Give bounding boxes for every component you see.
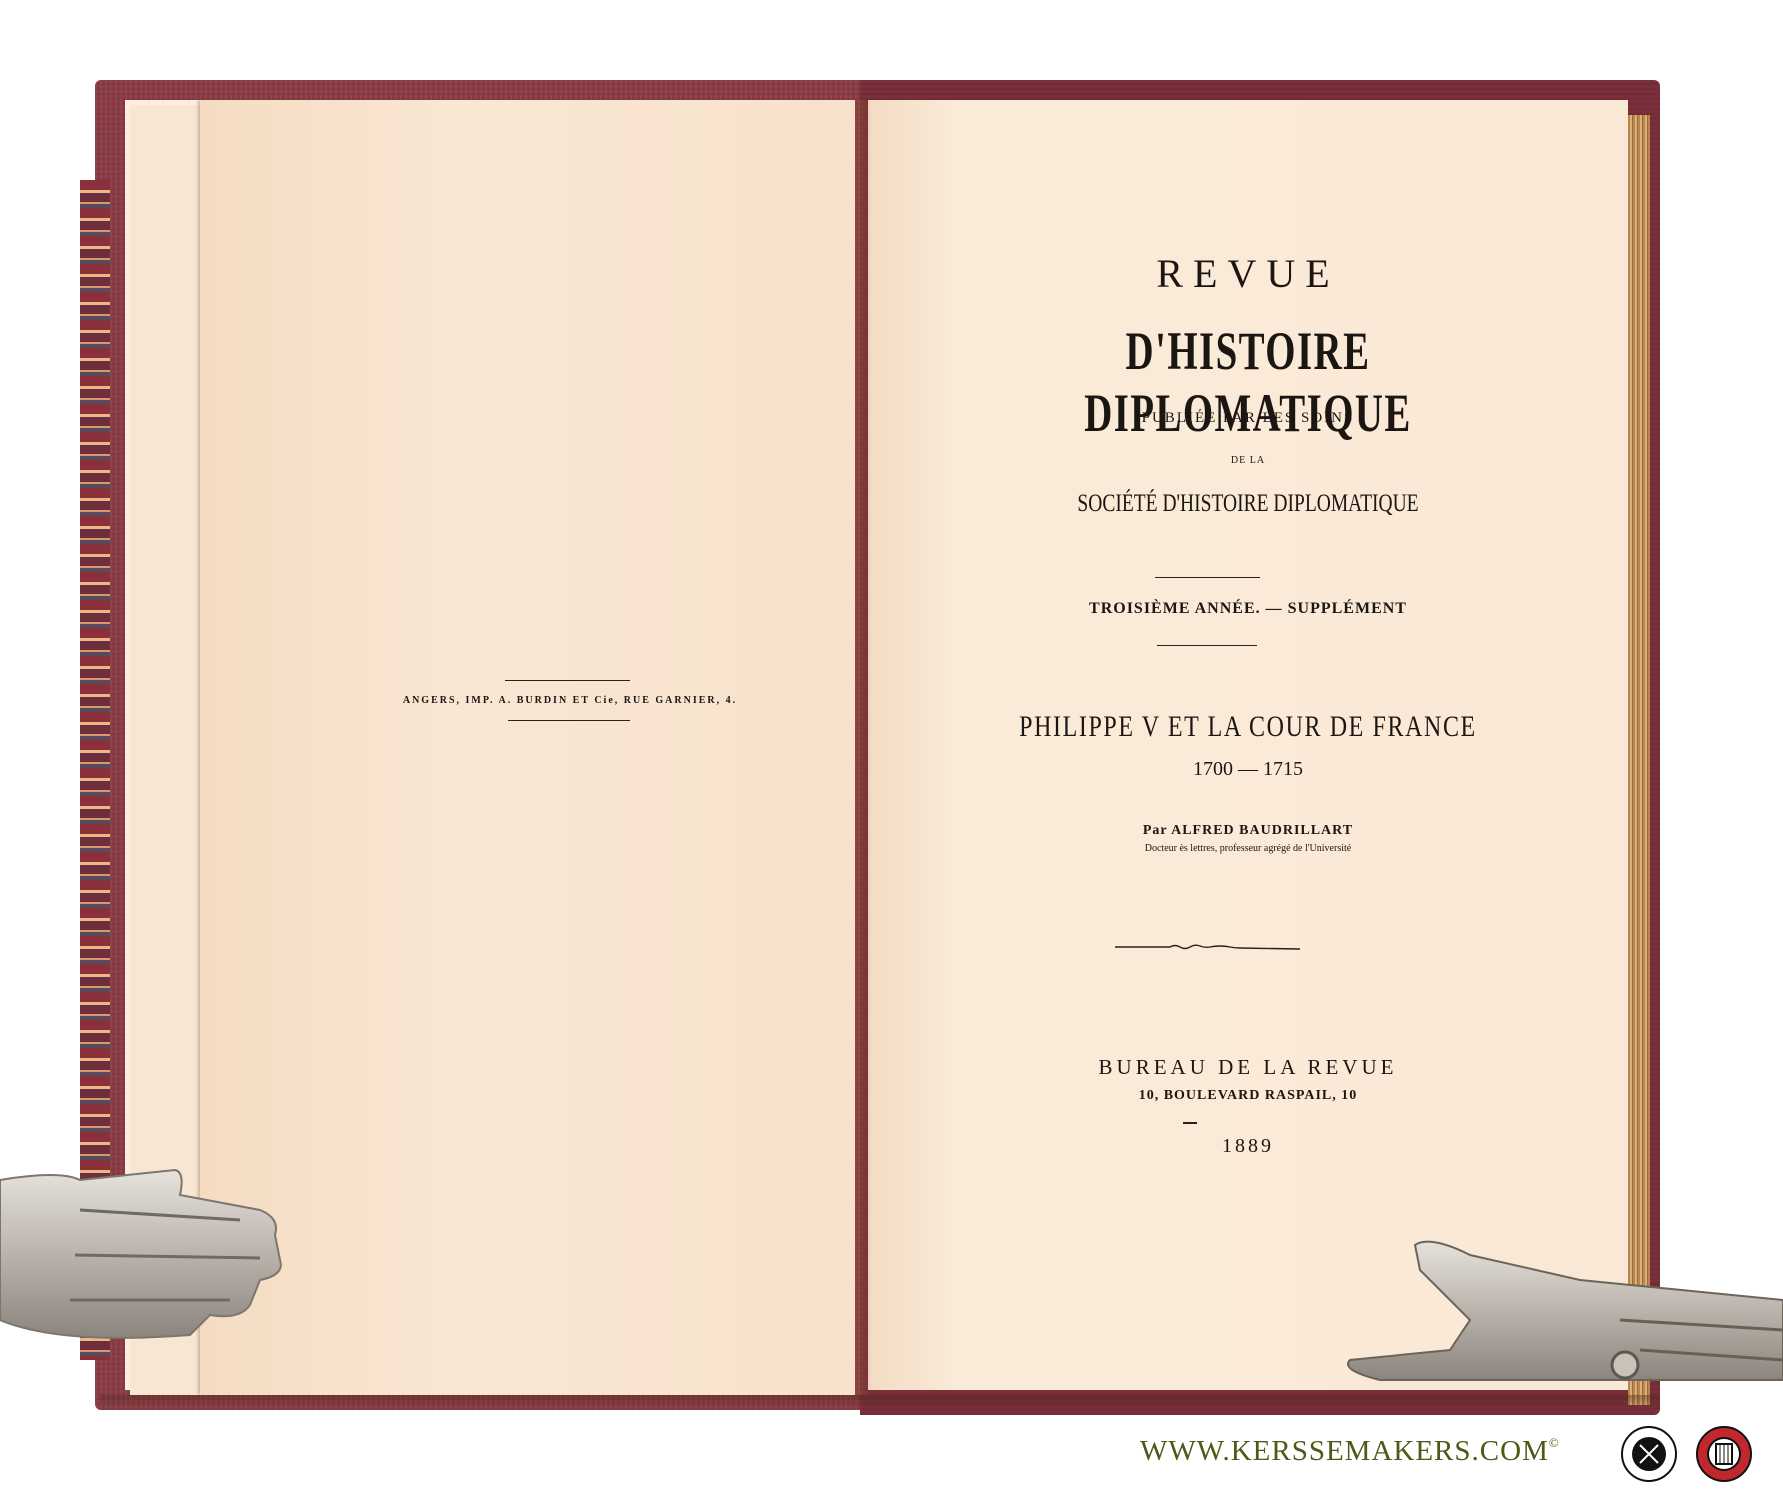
de-la: DE LA [868,455,1628,466]
divider [1157,645,1257,646]
divider [505,680,630,681]
divider [1183,1122,1197,1124]
watermark-text: WWW.KERSSEMAKERS.COM [1140,1435,1549,1467]
title-line-1: REVUE [868,250,1628,297]
work-years: 1700 — 1715 [868,758,1628,781]
publisher-address: 10, BOULEVARD RASPAIL, 10 [868,1088,1628,1104]
society-name: SOCIÉTÉ D'HISTOIRE DIPLOMATIQUE [952,490,1545,518]
copyright-symbol: © [1549,1435,1560,1450]
work-title: PHILIPPE V ET LA COUR DE FRANCE [944,710,1552,744]
book-shadow [100,1395,1660,1409]
watermark-url: WWW.KERSSEMAKERS.COM© [1140,1435,1560,1468]
amor-librorum-logo-icon [1695,1425,1753,1483]
author-credentials: Docteur ès lettres, professeur agrégé de… [868,843,1628,854]
divider [1155,577,1260,578]
antiquarian-association-logo-icon [1620,1425,1678,1483]
publisher: BUREAU DE LA REVUE [868,1055,1628,1080]
publication-year: 1889 [868,1135,1628,1158]
author: Par ALFRED BAUDRILLART [868,823,1628,839]
silver-hand-clip-right-icon [1320,1210,1783,1390]
edition-line: TROISIÈME ANNÉE. — SUPPLÉMENT [868,600,1628,618]
left-page [200,100,855,1395]
printer-line: ANGERS, IMP. A. BURDIN ET Cie, RUE GARNI… [380,695,760,706]
silver-hand-clip-left-icon [0,1140,290,1350]
published-by: PUBLIÉE PAR LES SOINS [868,410,1628,427]
ornament-divider-icon [1115,940,1300,954]
divider [508,720,630,721]
